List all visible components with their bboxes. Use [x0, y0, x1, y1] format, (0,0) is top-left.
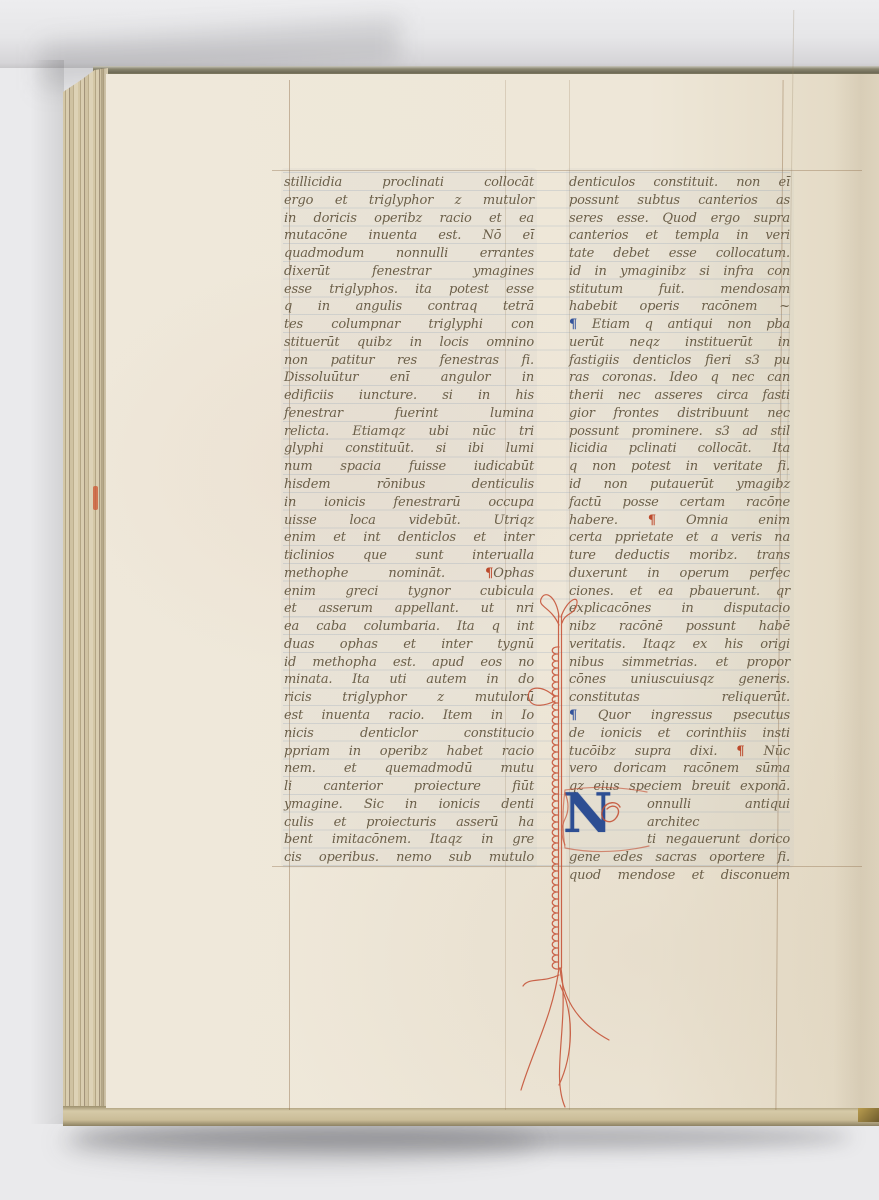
manuscript-line: ymagine. Sic in ionicis denti: [284, 796, 534, 814]
manuscript-line: quadmodum nonnulli errantes: [284, 245, 534, 263]
manuscript-line: enim et int denticlos et inter: [284, 529, 534, 547]
manuscript-line: ricis triglyphor z mutulorū: [284, 689, 534, 707]
manuscript-line: habere. ¶ Omnia enim: [569, 512, 790, 530]
manuscript-line: in ionicis fenestrarū occupa: [284, 494, 534, 512]
manuscript-line: edificiis iuncture. si in his: [284, 387, 534, 405]
manuscript-line: uisse loca videbūt. Utriqz: [284, 512, 534, 530]
manuscript-line: ea caba columbaria. Ita q int: [284, 618, 534, 636]
manuscript-line: stituerūt quibz in locis omnino: [284, 334, 534, 352]
rubric-paragraph-mark: ¶: [485, 566, 493, 581]
manuscript-text: Nūc: [744, 744, 790, 759]
manuscript-line: hisdem rōnibus denticulis: [284, 476, 534, 494]
manuscript-line: methophe nomināt. ¶Ophas: [284, 565, 534, 583]
manuscript-photo: stillicidia proclinati collocātergo et t…: [0, 0, 879, 1200]
manuscript-line: glyphi constituūt. si ibi lumi: [284, 440, 534, 458]
manuscript-line: mutacōne inuenta est. Nō eī: [284, 227, 534, 245]
background-left-shadow: [30, 60, 64, 1124]
manuscript-line: fenestrar fuerint lumina: [284, 405, 534, 423]
manuscript-line: num spacia fuisse iudicabūt: [284, 458, 534, 476]
book-bottom-edge: [63, 1106, 879, 1126]
penwork-flourish: [515, 585, 660, 1115]
manuscript-line: ¶ Etiam q antiqui non pba: [569, 316, 790, 334]
manuscript-line: Dissoluūtur enī angulor in: [284, 369, 534, 387]
manuscript-line: uerūt neqz instituerūt in: [569, 334, 790, 352]
manuscript-line: possunt prominere. s3 ad stil: [569, 423, 790, 441]
rubric-paragraph-mark: ¶: [648, 513, 656, 528]
manuscript-text: Etiam q antiqui non pba: [577, 317, 790, 332]
manuscript-line: cis operibus. nemo sub mutulo: [284, 849, 534, 867]
manuscript-line: seres esse. Quod ergo supra: [569, 210, 790, 228]
manuscript-line: canterios et templa in veri: [569, 227, 790, 245]
manuscript-line: stillicidia proclinati collocāt: [284, 174, 534, 192]
manuscript-line: li canterior proiecture fiūt: [284, 778, 534, 796]
manuscript-text: Ophas: [493, 566, 534, 581]
manuscript-line: culis et proiecturis asserū ha: [284, 814, 534, 832]
manuscript-line: nicis denticlor constitucio: [284, 725, 534, 743]
manuscript-line: id non putauerūt ymagibz: [569, 476, 790, 494]
manuscript-line: duas ophas et inter tygnū: [284, 636, 534, 654]
manuscript-line: possunt subtus canterios as: [569, 192, 790, 210]
manuscript-line: est inuenta racio. Item in Io: [284, 707, 534, 725]
manuscript-line: in doricis operibz racio et ea: [284, 210, 534, 228]
manuscript-line: non patitur res fenestras fi.: [284, 352, 534, 370]
manuscript-text: habere.: [569, 513, 648, 528]
manuscript-line: denticulos constituit. non eī: [569, 174, 790, 192]
manuscript-line: q non potest in veritate fi.: [569, 458, 790, 476]
manuscript-line: dixerūt fenestrar ymagines: [284, 263, 534, 281]
manuscript-line: ergo et triglyphor z mutulor: [284, 192, 534, 210]
manuscript-line: licidia pclinati collocāt. Ita: [569, 440, 790, 458]
manuscript-line: habebit operis racōnem ~: [569, 298, 790, 316]
manuscript-line: factū posse certam racōne: [569, 494, 790, 512]
manuscript-line: ture deductis moribz. trans: [569, 547, 790, 565]
manuscript-line: q in angulis contraq tetrā: [284, 298, 534, 316]
manuscript-line: ppriam in operibz habet racio: [284, 743, 534, 761]
book-cast-shadow-left: [60, 1122, 540, 1162]
manuscript-line: bent imitacōnem. Itaqz in gre: [284, 831, 534, 849]
manuscript-line: tes columpnar triglyphi con: [284, 316, 534, 334]
manuscript-line: ras coronas. Ideo q nec can: [569, 369, 790, 387]
manuscript-line: tate debet esse collocatum.: [569, 245, 790, 263]
page-corner-notch: [858, 1108, 879, 1122]
manuscript-line: minata. Ita uti autem in do: [284, 671, 534, 689]
manuscript-text: Omnia enim: [656, 513, 790, 528]
manuscript-line: enim greci tygnor cubicula: [284, 583, 534, 601]
manuscript-line: id methopha est. apud eos no: [284, 654, 534, 672]
manuscript-line: therii nec asseres circa fasti: [569, 387, 790, 405]
manuscript-line: relicta. Etiamqz ubi nūc tri: [284, 423, 534, 441]
manuscript-line: stitutum fuit. mendosam: [569, 281, 790, 299]
manuscript-line: fastigiis denticlos fieri s3 pu: [569, 352, 790, 370]
manuscript-line: et asserum appellant. ut nri: [284, 600, 534, 618]
manuscript-line: gior frontes distribuunt nec: [569, 405, 790, 423]
red-edge-mark: [93, 486, 98, 510]
manuscript-line: ticlinios que sunt interualla: [284, 547, 534, 565]
rubric-paragraph-mark: ¶: [569, 317, 577, 332]
page-curve-shading: [833, 74, 879, 1108]
manuscript-line: id in ymaginibz si infra con: [569, 263, 790, 281]
manuscript-line: duxerunt in operum perfec: [569, 565, 790, 583]
text-column-left: stillicidia proclinati collocātergo et t…: [284, 174, 534, 867]
manuscript-text: methophe nomināt.: [284, 566, 485, 581]
manuscript-line: certa pprietate et a veris na: [569, 529, 790, 547]
manuscript-line: esse triglyphos. ita potest esse: [284, 281, 534, 299]
manuscript-line: nem. et quemadmodū mutu: [284, 760, 534, 778]
